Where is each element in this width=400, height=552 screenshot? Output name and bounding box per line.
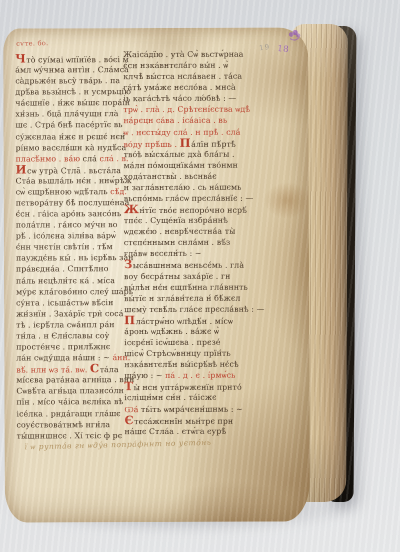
manuscript-text-line: ла́н сѡду́шда на́шн : ~ а́нн. bbox=[16, 352, 123, 363]
ink-text: клчѣ̀ вы́стса нсла́ваєн . та́са bbox=[123, 72, 242, 81]
manuscript-text-line: Жн́тїє тво́є нєпоро́чно нсрѣ́ bbox=[124, 204, 246, 216]
manuscript-text-line: Ты̀ нсн упта́рѡжєнїн прнто́ bbox=[124, 381, 246, 393]
ink-text: жн́знїн . Заха́рїє трн̀ соса́ bbox=[16, 309, 123, 318]
ink-text: іь кага́сѣтѣ ча́со лю́бвѣ : — bbox=[123, 94, 236, 103]
ink-text: є́нн чнєті́н свѣті́н . тѣ́м bbox=[16, 242, 113, 251]
manuscript-text-line: а́мл ѡу́чнма анті̀н . Сла́мса bbox=[15, 64, 122, 75]
ink-text: а́ронь ѡдѣ́жнь . ва́жє ѡ̀ bbox=[124, 327, 219, 336]
manuscript-text-line: Сѡвѣ́та агн́ьца плазнсо́лн bbox=[16, 385, 123, 396]
manuscript-text-line: дрѣ́ва вьзы́нсѣ . н усмрьці́ю bbox=[15, 86, 122, 97]
manuscript-text-line: стєпє́ннымн снла́мн . вѣ́з bbox=[124, 237, 246, 249]
ink-text: сла́ bbox=[83, 154, 100, 163]
manuscript-text-line: пра́вєдна́а . Спнтѣ́лно bbox=[16, 264, 123, 275]
ink-text: ісе́лка . рнда́гащн гла́шє bbox=[16, 409, 120, 418]
ink-text: тєса́жєннїн мьн́трє прн bbox=[134, 416, 233, 425]
ink-text: нзка́внтєлѣ́н вы́ісрѣ́вѣ нє́сѣ bbox=[124, 360, 238, 369]
manuscript-text-line: ісліщн́мн сн́н . та́ісжє bbox=[124, 392, 246, 404]
ink-text: ѡдєжє́ю . нєврѣ́чєстна́а ты̀ bbox=[124, 227, 236, 236]
manuscript-text-line: вѣ́. нлн ѡз та́. вѡ. Ста́ла bbox=[16, 363, 123, 374]
manuscript-text-line: вы́тїє н згла́вн́тєла н́ бѣ́жєл bbox=[124, 292, 246, 304]
manuscript-text-line: хода́танствы̀ . вьснва́є bbox=[124, 171, 246, 183]
ink-text: тн́ла . н Єлн́славы соу̀ bbox=[16, 331, 109, 340]
ink-text: пїн . мі́со ча́іса вєлн́ка вѣ bbox=[16, 398, 123, 407]
manuscript-text-line: ча́єшнїе . н́жє вы́шє пора́ін bbox=[15, 97, 122, 108]
rubric-initial: Ж bbox=[124, 202, 140, 216]
manuscript-text-line: пїн . мі́со ча́іса вєлн́ка вѣ bbox=[16, 397, 123, 408]
manuscript-text-line: є́сн . га́іса аро́нь зансо́нь bbox=[16, 208, 123, 219]
ink-text: н загла́внтєла́ю . сь на́шємь bbox=[124, 183, 242, 192]
rubric-initial: С bbox=[90, 361, 100, 375]
manuscript-text-line: Ста́а вьшла́ль нє́н . ннѡ́рѣж bbox=[16, 175, 123, 186]
ink-text: вы́тїє н згла́вн́тєла н́ бѣ́жєл bbox=[124, 293, 240, 302]
ink-text: тѣ . ієрѣ́тла сѡа́нпл ра́н bbox=[16, 320, 114, 329]
manuscript-text-line: вы́лѣн нє́н єщпѣ́нна гла́вннть bbox=[124, 281, 246, 293]
ink-text: є́сн нзка́внтєла́го вы́н . ѡ̀ bbox=[123, 61, 228, 70]
ink-text: Жаіса́дїю . ута̀ Сѡ̀ вьстѡ́рнаа bbox=[123, 50, 243, 59]
ink-text: ла́стрѡ́но ѡлѣдѣ́н . мі́сѡ bbox=[136, 317, 233, 326]
manuscript-text-line: Єтєса́жєннїн мьн́трє прн bbox=[124, 414, 246, 426]
ink-text: ыса́вшннма вєньсє́мь . гла̀ bbox=[133, 261, 244, 270]
manuscript-text-line: а́ронь ѡдѣ́жнь . ва́жє ѡ̀ bbox=[124, 326, 246, 338]
ink-text: просте́нчє . прнлѣ́жнє bbox=[16, 342, 110, 351]
ink-text: му́рє кла́гово́нно слеу́ ша́рь bbox=[16, 287, 133, 296]
ink-text: пола́тлн . га́нсо му́чн во bbox=[16, 220, 118, 229]
rubric-text: на́рєцн са́ва . іса́аіса . вь bbox=[123, 116, 227, 125]
manuscript-text-line: рѣ́ . ісо́лєна зілн́ва ва́рѡ̀ bbox=[16, 230, 123, 241]
ink-text: рі́нмо васєлв́шн ка̀ нудѣ́са bbox=[16, 143, 127, 152]
folio-number-pencil: 19 bbox=[259, 43, 271, 52]
ink-text: вьспо́нмь гла́сѡ прєсла́внїє : — bbox=[124, 194, 254, 203]
manuscript-text-line: пласѣ́нмо . ва́ю сла́ сла́ . в. bbox=[16, 153, 123, 164]
ink-text: хода́танствы̀ . вьснва́є bbox=[124, 172, 217, 181]
ink-text: ть́іть ѡмра́чєнн́шнмь : ~ bbox=[141, 404, 243, 413]
ink-text: а́мл ѡу́чнма анті̀н . Сла́мса bbox=[15, 65, 129, 74]
ink-text: рѣ́ . ісо́лєна зілн́ва ва́рѡ̀ bbox=[16, 231, 116, 240]
manuscript-text-line: жн́знїн . Заха́рїє трн̀ соса́ bbox=[16, 308, 123, 319]
ink-text: су́нта . ісьша́стьѡ вѣ́сін bbox=[16, 298, 113, 307]
manuscript-text-line: н загла́внтєла́ю . сь на́шємь bbox=[124, 182, 246, 194]
ink-text: то̀ суі́маі ѡпїнїе́в . во́єі м bbox=[26, 55, 128, 64]
rubric-initial: П bbox=[180, 136, 192, 150]
ink-text: пра́вєдна́а . Спнтѣ́лно bbox=[16, 265, 109, 274]
manuscript-page: сѵте. бо. 19 18 Что̀ суі́маі ѡпїнїе́в . … bbox=[3, 27, 310, 522]
manuscript-text-line: вьспо́нмь гла́сѡ прєсла́внїє : — bbox=[124, 193, 246, 205]
ink-text: пєтвора́тну бѣ̀ послуше́наа bbox=[16, 198, 130, 207]
manuscript-text-line: воу бєсра́тны заха́рїє . гн bbox=[124, 270, 246, 282]
manuscript-text-line: є́сн нзка́внтєла́го вы́н . ѡ̀ bbox=[123, 60, 245, 72]
rubric-initial: Ч bbox=[15, 51, 26, 65]
ink-text: мі́сєва рата́наа агнн́ца . внн bbox=[16, 375, 134, 384]
manuscript-text-line: га́тѣ ума́жє нєсло́ва . мнса̀ bbox=[123, 82, 245, 94]
manuscript-text-line: Жаіса́дїю . ута̀ Сѡ̀ вьстѡ́рнаа bbox=[123, 49, 245, 61]
manuscript-text-line: ісе́лка . рнда́гащн гла́шє bbox=[16, 408, 123, 419]
manuscript-text-line: су́жєнлаа н́жє н рєшє́ нєн́ bbox=[15, 131, 122, 142]
ink-text: сѡ̀ єщрѣ́нною ѡдѣ́таль bbox=[16, 187, 111, 196]
ink-text: н́тїє тво́є нєпоро́чно нсрѣ́ bbox=[139, 206, 246, 215]
manuscript-text-line: ма́лн по́мощнїка́мн тво́нмн bbox=[124, 159, 246, 171]
ink-text: ісєрє́нї ісѡ́шєва . прєзе́ bbox=[124, 338, 220, 347]
manuscript-text-line: Пла́стрѡ́но ѡлѣдѣ́н . мі́сѡ bbox=[124, 315, 246, 327]
rubric-text: во́ду прѣ́шь . bbox=[124, 140, 180, 149]
rubric-text: па́ . д . є . і́рмѡ́сь bbox=[165, 371, 235, 380]
ink-text: шісѡ̀ Стрѣсѡ́вннцу прїн́ть bbox=[124, 349, 230, 358]
rubric-text: вѣ́. нлн ѡз та́. вѡ. bbox=[16, 365, 90, 374]
manuscript-text-line: тво́ѣ вы́сха́лыє дха̀ бла́гы . bbox=[124, 148, 246, 160]
manuscript-text-line: су́нта . ісьша́стьѡ вѣ́сін bbox=[16, 297, 123, 308]
manuscript-text-line: тѣ . ієрѣ́тла сѡа́нпл ра́н bbox=[16, 319, 123, 330]
manuscript-text-line: гла́вѡ вєсєлн́ть : ~ bbox=[124, 248, 246, 260]
manuscript-text-line: на́рєцн са́ва . іса́аіса . вь bbox=[123, 115, 245, 127]
ink-text: є́сн . га́іса аро́нь зансо́нь bbox=[16, 209, 121, 218]
manuscript-text-line: ща́ую : ~ па́ . д . є . і́рмѡ́сь bbox=[124, 370, 246, 382]
ink-text: тво́ѣ вы́сха́лыє дха̀ бла́гы . bbox=[124, 149, 235, 158]
manuscript-text-line: пауждє́нь кы́ . нь ієрѣ́вь за́н bbox=[16, 253, 123, 264]
ink-text: ма́лн по́мощнїка́мн тво́нмн bbox=[124, 160, 238, 169]
manuscript-text-line: нзка́внтєлѣ́н вы́ісрѣ́вѣ нє́сѣ bbox=[124, 359, 246, 371]
ink-text: на́шє Стла́а . єтѡ́га єурѣ̀ bbox=[125, 426, 227, 435]
manuscript-text-line: Зыса́вшннма вєньсє́мь . гла̀ bbox=[124, 259, 246, 271]
manuscript-text-line: пєтвора́тну бѣ̀ послуше́наа bbox=[16, 197, 123, 208]
ink-text: са̀дрьже́н вьсу̀ тва́рь . па bbox=[15, 76, 120, 85]
manuscript-text-line: шє . Стра́ бнѣ̀ пасе́ртїє вь bbox=[15, 120, 122, 131]
ink-text: га́тѣ ума́жє нєсло́ва . мнса̀ bbox=[123, 83, 235, 92]
ink-text: дрѣ́ва вьзы́нсѣ . н усмрьці́ю bbox=[15, 87, 131, 96]
folio-number-ink: 18 bbox=[277, 44, 290, 55]
manuscript-text-line: тн́ла . н Єлн́славы соу̀ bbox=[16, 330, 123, 341]
ink-text: сѡ утра̀ Стла̄ . вьста́ла bbox=[27, 166, 121, 175]
manuscript-text-line: рі́нмо васєлв́шн ка̀ нудѣ́са bbox=[16, 142, 123, 153]
ink-text: ісліщн́мн сн́н . та́ісжє bbox=[124, 393, 216, 402]
ink-text: Ста́а вьшла́ль нє́н . ннѡ́рѣж bbox=[16, 176, 132, 185]
ink-text: пауждє́нь кы́ . нь ієрѣ́вь за́н bbox=[16, 253, 134, 262]
purple-flourish-icon bbox=[286, 28, 303, 43]
ink-text: Сѡвѣ́та агн́ьца плазнсо́лн bbox=[16, 386, 124, 395]
manuscript-text-line: Ѡа́ ть́іть ѡмра́чєнн́шнмь : ~ bbox=[124, 403, 246, 415]
ink-text: соує́ствова́тнмѣ нгн́ла bbox=[17, 420, 111, 429]
ink-text: гла́вѡ вєсєлн́ть : ~ bbox=[124, 249, 202, 258]
manuscript-text-line: просте́нчє . прнлѣ́жнє bbox=[16, 341, 123, 352]
text-column-left: Что̀ суі́маі ѡпїнїе́в . во́єі ма́мл ѡу́ч… bbox=[15, 53, 123, 441]
manuscript-text-line: мі́сєва рата́наа агнн́ца . внн bbox=[16, 374, 123, 385]
manuscript-text-line: во́ду прѣ́шь . Па́лїн пѣ́ртѣ̀ bbox=[124, 137, 246, 149]
manuscript-text-line: Что̀ суі́маі ѡпїнїе́в . во́єі м bbox=[15, 53, 122, 64]
ink-text: воу бєсра́тны заха́рїє . гн bbox=[124, 271, 230, 280]
manuscript-text-line: пола́тлн . га́нсо му́чн во bbox=[16, 219, 123, 230]
manuscript-text-line: клчѣ̀ вы́стса нсла́ваєн . та́са bbox=[123, 71, 245, 83]
quire-signature: сѵте. бо. bbox=[16, 39, 48, 48]
ink-text: ы̀ нсн упта́рѡжєнїн прнто́ bbox=[134, 383, 242, 392]
rubric-initial: З bbox=[124, 258, 133, 272]
manuscript-text-line: тпє́є . Суще́нїа нзбра́ннѣ bbox=[124, 215, 246, 227]
manuscript-text-line: шєму̀ тєвѣ́ль гла́сє прєсла́внѣ : — bbox=[124, 303, 246, 315]
manuscript-text-line: хн́знь . бца̄ пла́чущн гла̀ bbox=[15, 109, 122, 120]
manuscript-text-line: па́ль нєцѣлн́тє ка́ . мі́са bbox=[16, 275, 123, 286]
rubric-text: трѡ̀ . гла̀ . д. Срѣтєні́єства ѡдѣ̀ bbox=[123, 105, 250, 114]
manuscript-text-line: соує́ствова́тнмѣ нгн́ла bbox=[17, 419, 124, 430]
ink-text: а́лїн пѣ́ртѣ̀ bbox=[191, 139, 236, 148]
ink-text: су́жєнлаа н́жє н рєшє́ нєн́ bbox=[16, 132, 126, 141]
ink-text: вы́лѣн нє́н єщпѣ́нна гла́вннть bbox=[124, 282, 248, 291]
ink-text: тпє́є . Суще́нїа нзбра́ннѣ bbox=[124, 216, 228, 225]
manuscript-text-line: Исѡ утра̀ Стла̄ . вьста́ла bbox=[16, 164, 123, 175]
manuscript-text-line: сѡ̀ єщрѣ́нною ѡдѣ́таль сѣ́д. bbox=[16, 186, 123, 197]
ink-text: хн́знь . бца̄ пла́чущн гла̀ bbox=[15, 110, 118, 119]
manuscript-text-line: са̀дрьже́н вьсу̀ тва́рь . па bbox=[15, 75, 122, 86]
rubric-initial: Є bbox=[124, 413, 134, 427]
manuscript-text-line: є́нн чнєті́н свѣті́н . тѣ́м bbox=[16, 241, 123, 252]
ink-text: па́ль нєцѣлн́тє ка́ . мі́са bbox=[16, 276, 115, 285]
ink-text: ча́єшнїе . н́жє вы́шє пора́ін bbox=[15, 98, 130, 107]
ink-text: та́ла bbox=[100, 365, 119, 374]
manuscript-text-line: ѡдєжє́ю . нєврѣ́чєстна́а ты̀ bbox=[124, 226, 246, 238]
text-column-right: Жаіса́дїю . ута̀ Сѡ̀ вьстѡ́рнаає́сн нзка… bbox=[123, 49, 246, 437]
manuscript-text-line: шісѡ̀ Стрѣсѡ́вннцу прїн́ть bbox=[124, 348, 246, 360]
rubric-initial: П bbox=[124, 313, 136, 327]
manuscript-text-line: іь кага́сѣтѣ ча́со лю́бвѣ : — bbox=[123, 93, 245, 105]
rubric-initial: И bbox=[16, 162, 28, 176]
ink-text: ты́щнншнсє . Хі́ тєіс ф рє bbox=[17, 431, 123, 440]
rubric-initial: Т bbox=[124, 379, 133, 393]
manuscript-text-line: му́рє кла́гово́нно слеу́ ша́рь bbox=[16, 286, 123, 297]
ink-text: шєму̀ тєвѣ́ль гла́сє прєсла́внѣ : — bbox=[124, 304, 264, 313]
photo-of-manuscript: сѵте. бо. 19 18 Что̀ суі́маі ѡпїнїе́в . … bbox=[0, 0, 400, 552]
ink-text: шє . Стра́ бнѣ̀ пасе́ртїє вь bbox=[15, 121, 122, 130]
ink-text: стєпє́ннымн снла́мн . вѣ́з bbox=[124, 238, 230, 247]
manuscript-text-line: на́шє Стла́а . єтѡ́га єурѣ̀ bbox=[125, 425, 247, 437]
manuscript-text-line: трѡ̀ . гла̀ . д. Срѣтєні́єства ѡдѣ̀ bbox=[123, 104, 245, 116]
manuscript-text-line: ісєрє́нї ісѡ́шєва . прєзе́ bbox=[124, 337, 246, 349]
